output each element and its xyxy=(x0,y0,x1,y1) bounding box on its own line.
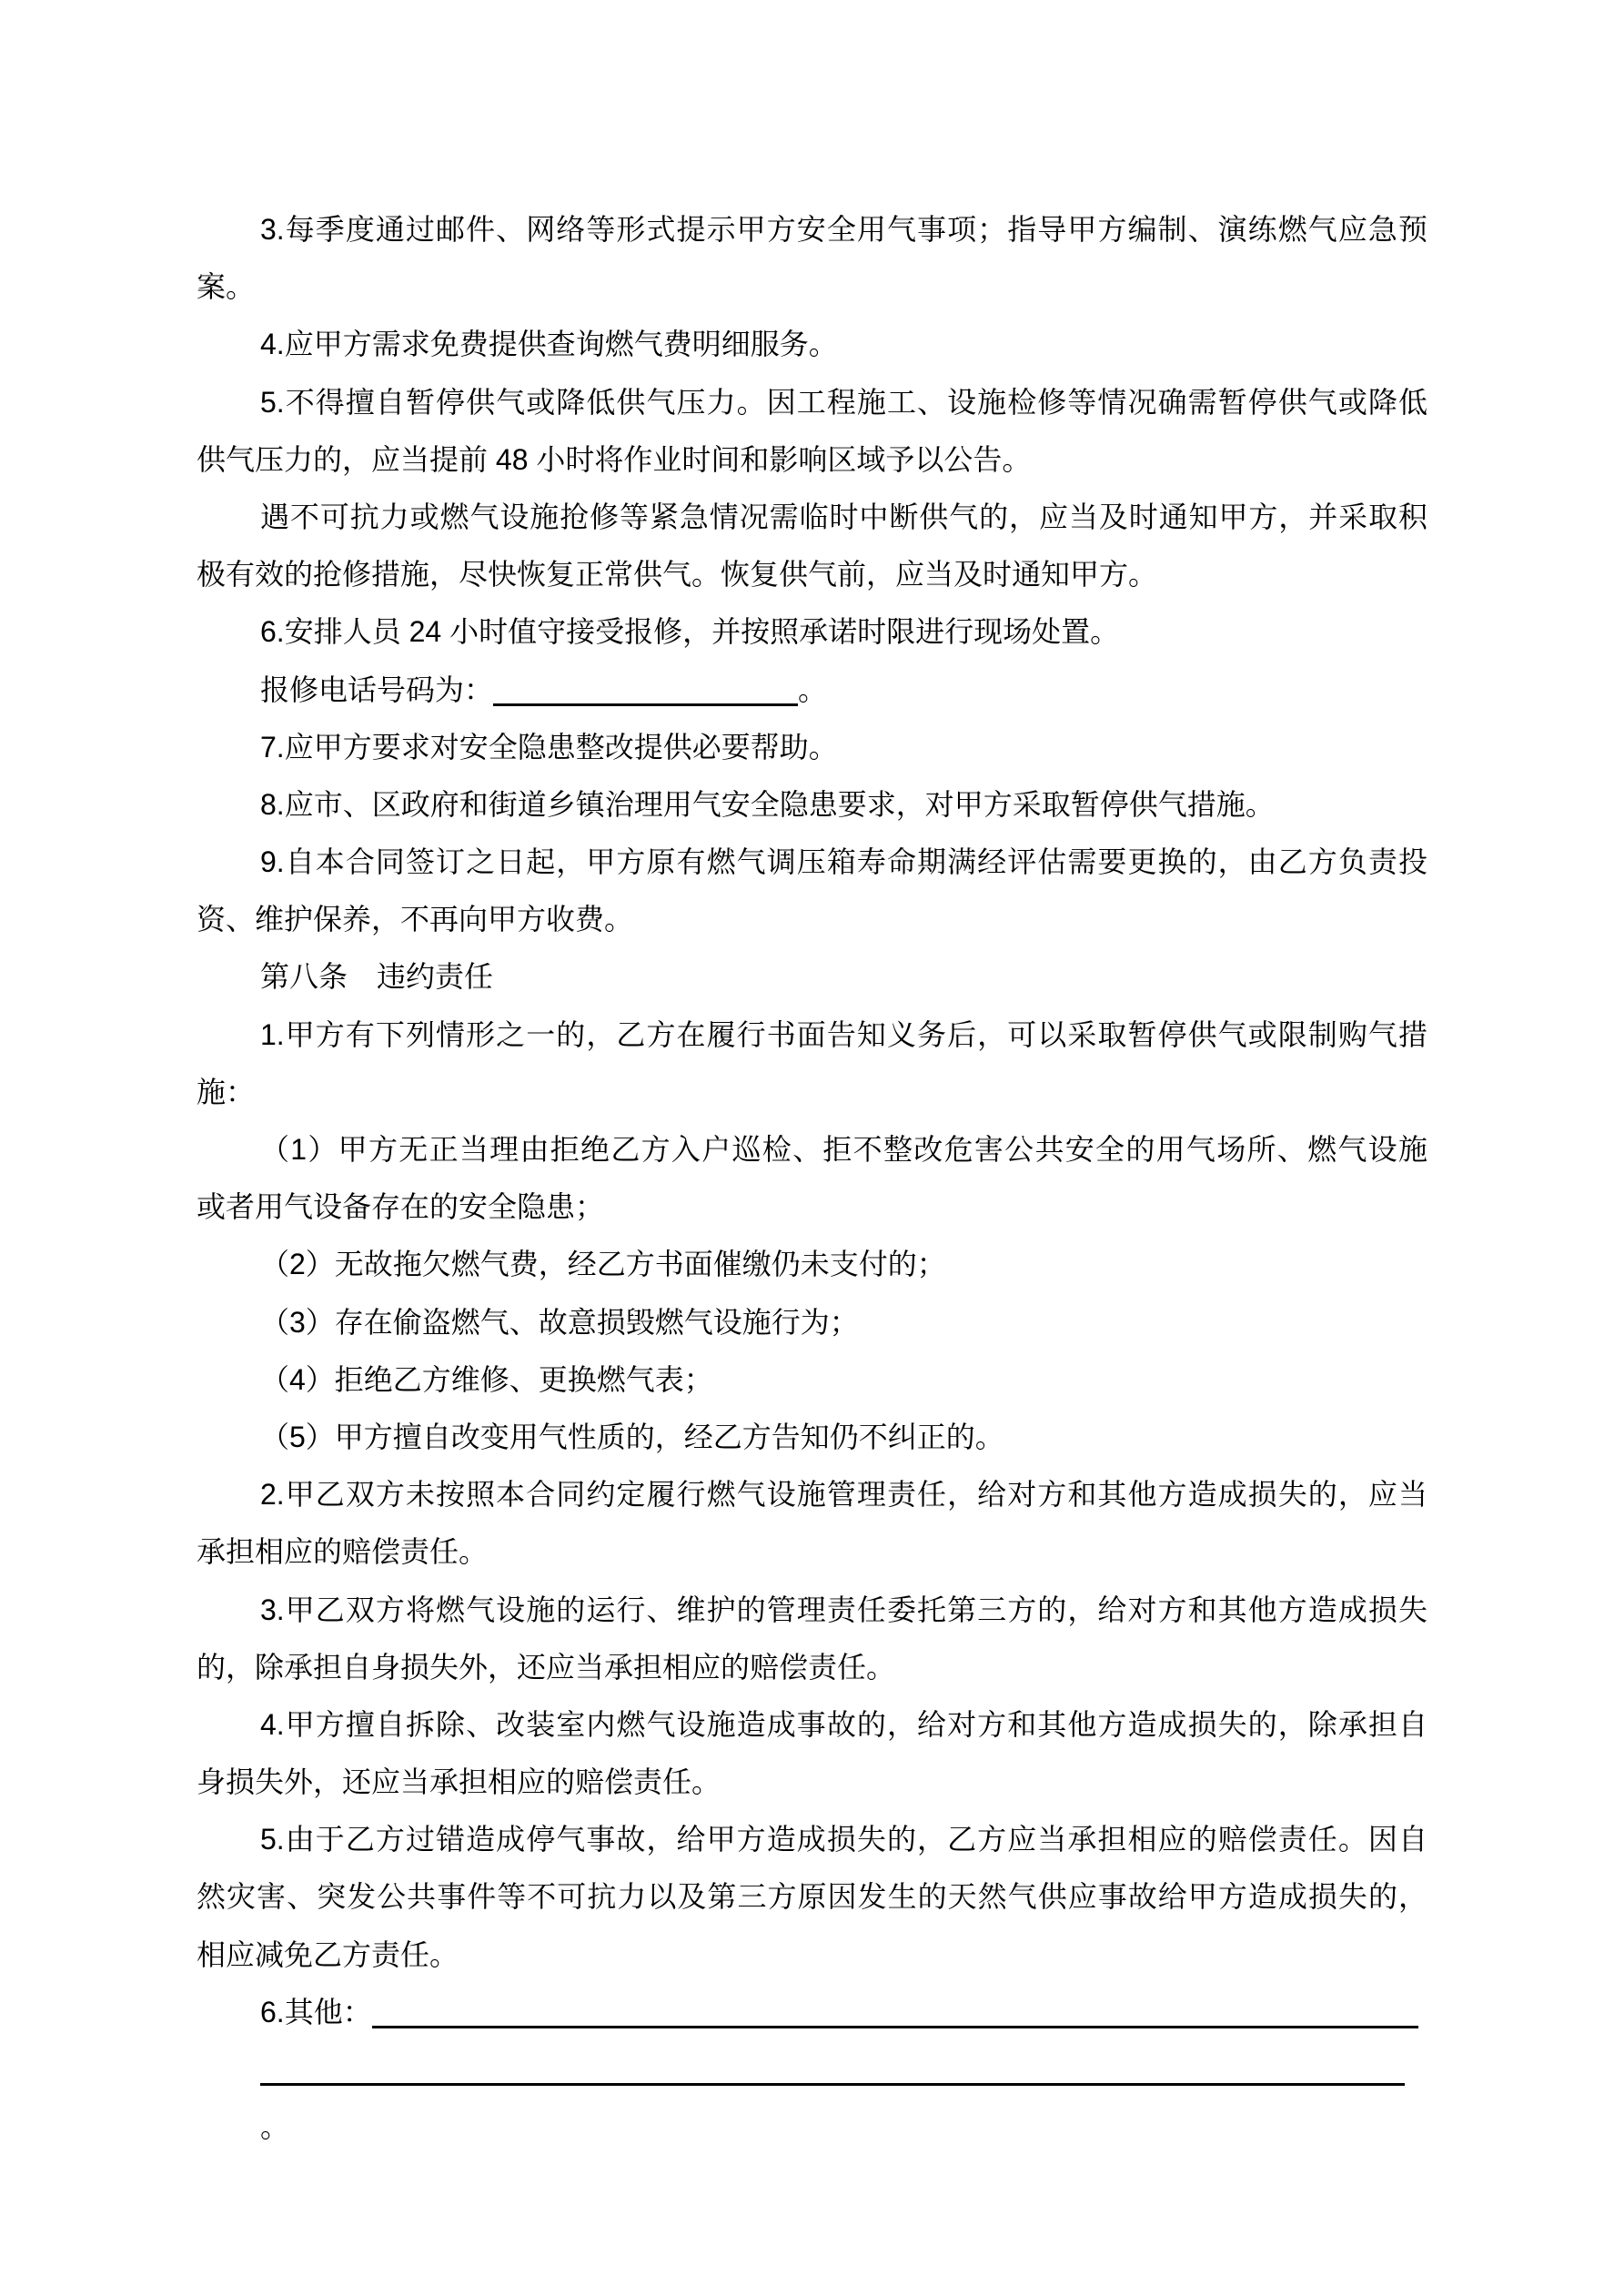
document-line: 9.自本合同签订之日起，甲方原有燃气调压箱寿命期满经评估需要更换的，由乙方负责投 xyxy=(197,834,1427,891)
document-line: （1）甲方无正当理由拒绝乙方入户巡检、拒不整改危害公共安全的用气场所、燃气设施 xyxy=(197,1121,1427,1178)
text-run: 极有效的抢修措施，尽快恢复正常供气。恢复供气前，应当及时通知甲方。 xyxy=(197,558,1157,591)
document-line: 案。 xyxy=(197,258,1427,316)
text-run: 。 xyxy=(798,673,827,706)
text-run: （1）甲方无正当理由拒绝乙方入户巡检、拒不整改危害公共安全的用气场所、燃气设施 xyxy=(260,1133,1427,1166)
text-run: 3.每季度通过邮件、网络等形式提示甲方安全用气事项；指导甲方编制、演练燃气应急预 xyxy=(260,213,1427,246)
text-run: 2.甲乙双方未按照本合同约定履行燃气设施管理责任，给对方和其他方造成损失的，应当 xyxy=(260,1478,1427,1511)
document-line: 报修电话号码为：。 xyxy=(197,662,1427,719)
document-line: 施： xyxy=(197,1064,1427,1121)
document-line: 4.应甲方需求免费提供查询燃气费明细服务。 xyxy=(197,316,1427,373)
text-run: 4.甲方擅自拆除、改装室内燃气设施造成事故的，给对方和其他方造成损失的，除承担自 xyxy=(260,1708,1427,1741)
text-run: 相应减免乙方责任。 xyxy=(197,1938,459,1971)
blank-field[interactable] xyxy=(493,673,798,706)
document-line: 3.甲乙双方将燃气设施的运行、维护的管理责任委托第三方的，给对方和其他方造成损失 xyxy=(197,1582,1427,1639)
document-line: 2.甲乙双方未按照本合同约定履行燃气设施管理责任，给对方和其他方造成损失的，应当 xyxy=(197,1466,1427,1523)
text-run: （4）拒绝乙方维修、更换燃气表； xyxy=(260,1363,713,1396)
document-line: （5）甲方擅自改变用气性质的，经乙方告知仍不纠正的。 xyxy=(197,1409,1427,1466)
text-run: 承担相应的赔偿责任。 xyxy=(197,1535,488,1568)
document-line: 8.应市、区政府和街道乡镇治理用气安全隐患要求，对甲方采取暂停供气措施。 xyxy=(197,776,1427,834)
text-run: 报修电话号码为： xyxy=(260,673,493,706)
text-run: 资、维护保养，不再向甲方收费。 xyxy=(197,903,633,936)
document-line: 相应减免乙方责任。 xyxy=(197,1927,1427,1984)
document-line: 6.安排人员 24 小时值守接受报修，并按照承诺时限进行现场处置。 xyxy=(197,603,1427,661)
text-run: 1.甲方有下列情形之一的，乙方在履行书面告知义务后，可以采取暂停供气或限制购气措 xyxy=(260,1018,1427,1051)
text-run: 供气压力的，应当提前 48 小时将作业时间和影响区域予以公告。 xyxy=(197,443,1031,476)
text-run: 7.应甲方要求对安全隐患整改提供必要帮助。 xyxy=(260,731,838,764)
text-run: 案。 xyxy=(197,270,255,303)
document-line: 身损失外，还应当承担相应的赔偿责任。 xyxy=(197,1754,1427,1811)
text-run: 。 xyxy=(260,2110,289,2143)
document-line: 。 xyxy=(197,2041,1427,2099)
text-run: 施： xyxy=(197,1076,255,1108)
document-line: （2）无故拖欠燃气费，经乙方书面催缴仍未支付的； xyxy=(197,1236,1427,1293)
document-page: 3.每季度通过邮件、网络等形式提示甲方安全用气事项；指导甲方编制、演练燃气应急预… xyxy=(0,0,1624,2296)
document-line: 或者用气设备存在的安全隐患； xyxy=(197,1178,1427,1236)
text-run: （5）甲方擅自改变用气性质的，经乙方告知仍不纠正的。 xyxy=(260,1421,1004,1453)
document-line: 7.应甲方要求对安全隐患整改提供必要帮助。 xyxy=(197,719,1427,776)
text-run: 4.应甲方需求免费提供查询燃气费明细服务。 xyxy=(260,328,838,360)
document-line: （3）存在偷盗燃气、故意损毁燃气设施行为； xyxy=(197,1294,1427,1351)
document-line: （4）拒绝乙方维修、更换燃气表； xyxy=(197,1351,1427,1409)
document-line: 然灾害、突发公共事件等不可抗力以及第三方原因发生的天然气供应事故给甲方造成损失的… xyxy=(197,1868,1427,1926)
document-line: 第八条 违约责任 xyxy=(197,948,1427,1006)
text-run: 3.甲乙双方将燃气设施的运行、维护的管理责任委托第三方的，给对方和其他方造成损失 xyxy=(260,1593,1427,1626)
text-run: 9.自本合同签订之日起，甲方原有燃气调压箱寿命期满经评估需要更换的，由乙方负责投 xyxy=(260,845,1427,878)
document-line: 供气压力的，应当提前 48 小时将作业时间和影响区域予以公告。 xyxy=(197,431,1427,489)
text-run: 遇不可抗力或燃气设施抢修等紧急情况需临时中断供气的，应当及时通知甲方，并采取积 xyxy=(260,501,1427,533)
text-run: 6.安排人员 24 小时值守接受报修，并按照承诺时限进行现场处置。 xyxy=(260,615,1119,648)
text-run: 8.应市、区政府和街道乡镇治理用气安全隐患要求，对甲方采取暂停供气措施。 xyxy=(260,788,1275,821)
document-line: 5.由于乙方过错造成停气事故，给甲方造成损失的，乙方应当承担相应的赔偿责任。因自 xyxy=(197,1811,1427,1868)
document-line: 3.每季度通过邮件、网络等形式提示甲方安全用气事项；指导甲方编制、演练燃气应急预 xyxy=(197,201,1427,258)
document-line: 资、维护保养，不再向甲方收费。 xyxy=(197,891,1427,948)
text-run: 的，除承担自身损失外，还应当承担相应的赔偿责任。 xyxy=(197,1651,895,1684)
document-line: 6.其他： xyxy=(197,1984,1427,2041)
document-line: 的，除承担自身损失外，还应当承担相应的赔偿责任。 xyxy=(197,1639,1427,1696)
text-run: 6.其他： xyxy=(260,1996,372,2028)
text-run: 然灾害、突发公共事件等不可抗力以及第三方原因发生的天然气供应事故给甲方造成损失的… xyxy=(197,1880,1427,1913)
document-line: 遇不可抗力或燃气设施抢修等紧急情况需临时中断供气的，应当及时通知甲方，并采取积 xyxy=(197,489,1427,546)
text-run: （3）存在偷盗燃气、故意损毁燃气设施行为； xyxy=(260,1306,859,1339)
document-line: 4.甲方擅自拆除、改装室内燃气设施造成事故的，给对方和其他方造成损失的，除承担自 xyxy=(197,1696,1427,1754)
document-line: 极有效的抢修措施，尽快恢复正常供气。恢复供气前，应当及时通知甲方。 xyxy=(197,546,1427,603)
document-line: 1.甲方有下列情形之一的，乙方在履行书面告知义务后，可以采取暂停供气或限制购气措 xyxy=(197,1006,1427,1064)
text-run: 5.由于乙方过错造成停气事故，给甲方造成损失的，乙方应当承担相应的赔偿责任。因自 xyxy=(260,1823,1427,1856)
text-run: 5.不得擅自暂停供气或降低供气压力。因工程施工、设施检修等情况确需暂停供气或降低 xyxy=(260,386,1427,419)
blank-field[interactable] xyxy=(260,2052,1405,2086)
text-run: （2）无故拖欠燃气费，经乙方书面催缴仍未支付的； xyxy=(260,1248,946,1280)
document-line: 5.不得擅自暂停供气或降低供气压力。因工程施工、设施检修等情况确需暂停供气或降低 xyxy=(197,374,1427,431)
text-run: 或者用气设备存在的安全隐患； xyxy=(197,1190,604,1223)
text-run: 身损失外，还应当承担相应的赔偿责任。 xyxy=(197,1765,721,1798)
text-run: 第八条 违约责任 xyxy=(260,960,493,993)
document-line: 承担相应的赔偿责任。 xyxy=(197,1523,1427,1581)
blank-field[interactable] xyxy=(372,1995,1418,2028)
